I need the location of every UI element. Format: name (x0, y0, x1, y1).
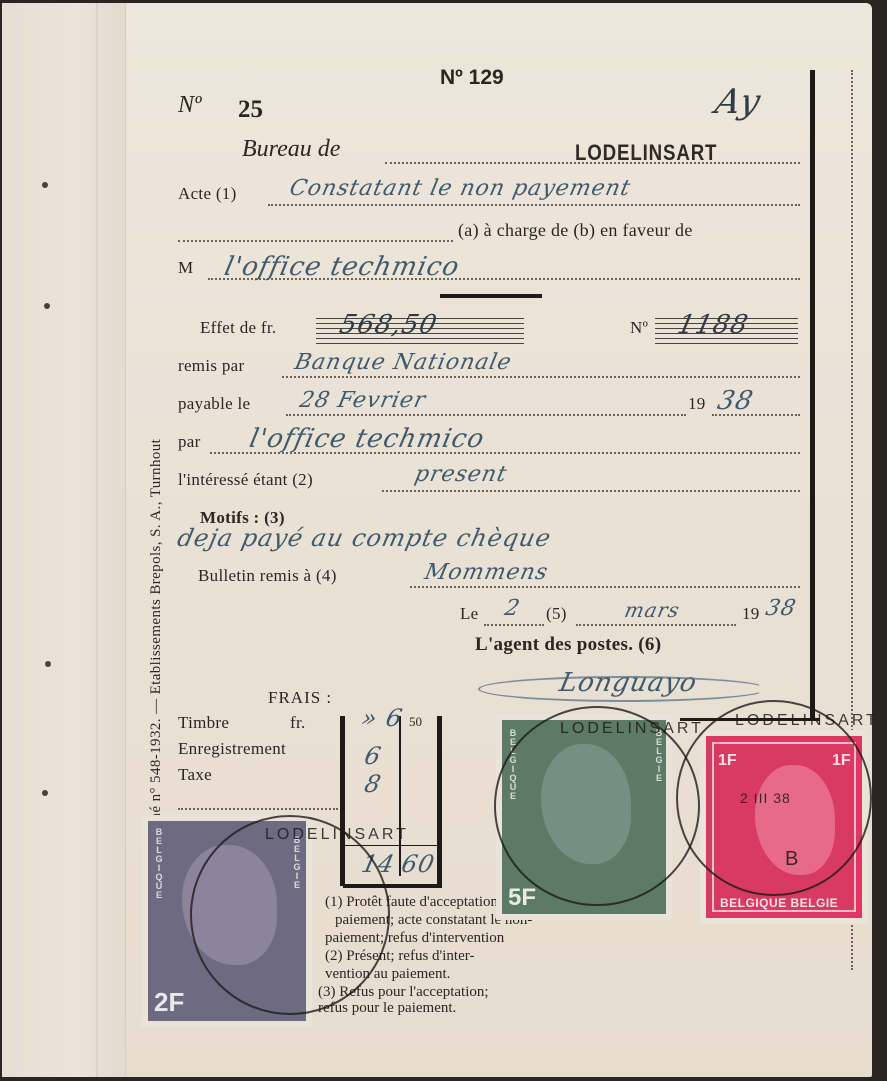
effet-value[interactable]: 568,50 (337, 310, 440, 340)
par-value[interactable]: l'office techmico (247, 424, 488, 454)
payable-le-line (286, 414, 686, 416)
bulletin-label: Bulletin remis à (4) (198, 566, 337, 586)
payable-year-value[interactable]: 38 (715, 386, 756, 416)
payable-le-value[interactable]: 28 Fevrier (297, 388, 428, 413)
agent-label: L'agent des postes. (6) (475, 634, 661, 656)
date-year-prefix: 19 (742, 604, 760, 624)
charge-label: (a) à charge de (b) en faveur de (458, 220, 693, 241)
interesse-label: l'intéressé étant (2) (178, 470, 313, 490)
frais-title: FRAIS : (268, 688, 332, 708)
footnote-line: refus pour le paiement. (318, 1000, 456, 1017)
stamp-country: BELGIQUE BELGIE (720, 896, 838, 910)
payable-year-prefix: 19 (688, 394, 706, 414)
frais-timbre-francs[interactable]: » 6 (359, 704, 406, 732)
payable-le-label: payable le (178, 394, 250, 414)
postmark-text: LODELINSART (735, 712, 879, 730)
frais-row-label: Timbre (178, 713, 229, 733)
par-label: par (178, 432, 201, 452)
date-day-line (484, 624, 544, 626)
effet-no-value[interactable]: 1188 (675, 310, 752, 340)
frais-line (178, 808, 338, 810)
date-le-label: Le (460, 604, 479, 624)
punch-hole (44, 303, 50, 309)
remis-par-label: remis par (178, 356, 244, 376)
remis-par-value[interactable]: Banque Nationale (292, 350, 514, 375)
signature-flourish (478, 676, 768, 702)
charge-line (178, 240, 453, 242)
frais-total-centimes[interactable]: 60 (399, 850, 437, 878)
stamp-value: 2F (154, 987, 184, 1018)
interesse-line (382, 490, 800, 492)
stamp-value: 5F (508, 884, 536, 912)
bulletin-line (410, 586, 800, 588)
m-label: M (178, 258, 193, 278)
date-month-line (576, 624, 736, 626)
bulletin-value[interactable]: Mommens (422, 560, 550, 585)
background-edge (872, 0, 887, 1081)
counterfoil-stub (2, 3, 126, 1077)
frais-row-unit: fr. (290, 713, 306, 733)
punch-hole (42, 182, 48, 188)
frais-row-label: Enregistrement (178, 739, 286, 759)
acte-line (268, 204, 800, 206)
punch-hole (42, 790, 48, 796)
postmark-text: LODELINSART (560, 720, 704, 738)
frais-box-divider (399, 716, 401, 876)
punch-hole (45, 661, 51, 667)
date-year-value[interactable]: 38 (763, 596, 798, 621)
printer-imprint: Imprimé n° 548-1932. — Etablissements Br… (148, 439, 165, 860)
remis-par-line (282, 376, 800, 378)
acte-value[interactable]: Constatant le non payement (287, 176, 633, 201)
acte-label: Acte (1) (178, 184, 237, 204)
interesse-value[interactable]: present (412, 462, 509, 487)
bureau-stamp[interactable]: LODELINSART (575, 140, 717, 166)
stamp-country: BELGIQUE (154, 827, 164, 899)
fold-line (96, 3, 98, 1077)
frais-row-label: Taxe (178, 765, 212, 785)
postmark-circle (190, 815, 390, 1015)
m-value[interactable]: l'office techmico (222, 252, 463, 282)
postmark-date: 2 III 38 (740, 790, 791, 806)
date-5-label: (5) (546, 604, 567, 624)
bureau-label: Bureau de (242, 136, 340, 163)
serial-number: 25 (238, 96, 263, 124)
frais-timbre-centimes[interactable]: 50 (409, 714, 422, 730)
date-month-value[interactable]: mars (622, 598, 682, 622)
effet-label: Effet de fr. (200, 318, 276, 338)
form-number: Nº 129 (440, 66, 504, 90)
motifs-value[interactable]: deja payé au compte chèque (175, 524, 554, 552)
effet-no-label: Nº (630, 318, 648, 338)
serial-prefix: Nº (178, 92, 201, 119)
initials: Ay (712, 82, 765, 122)
postmark-text: LODELINSART (265, 826, 409, 844)
border-rule (810, 70, 815, 720)
separator-rule (440, 294, 542, 298)
postmark-letter: B (785, 848, 801, 871)
frais-box-right (437, 716, 442, 886)
